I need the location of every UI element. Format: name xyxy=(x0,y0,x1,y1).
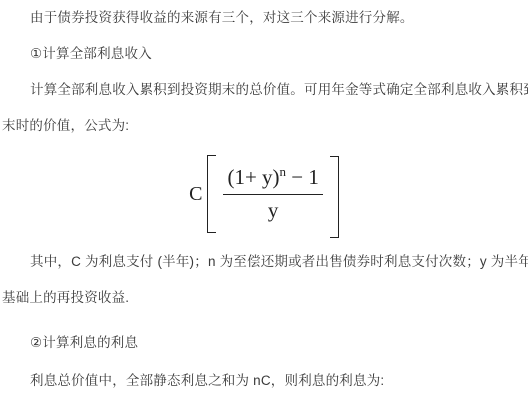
left-bracket xyxy=(207,155,216,233)
annuity-formula: C (1+ y)n − 1 y xyxy=(189,150,339,238)
fraction-numerator: (1+ y)n − 1 xyxy=(223,165,322,195)
paragraph-vars-line1: 其中，C 为利息支付 (半年)；n 为至偿还期或者出售债券时利息支付次数；y 为… xyxy=(2,244,526,280)
fraction-denominator: y xyxy=(268,195,279,223)
formula-fraction: (1+ y)n − 1 y xyxy=(223,165,322,223)
document-page: 由于债券投资获得收益的来源有三个，对这三个来源进行分解。 ①计算全部利息收入 计… xyxy=(0,0,528,394)
heading-step1: ①计算全部利息收入 xyxy=(2,36,526,72)
paragraph-step1-line1: 计算全部利息收入累积到投资期末的总价值。可用年金等式确定全部利息收入累积到期 xyxy=(2,72,526,108)
paragraph-intro: 由于债券投资获得收益的来源有三个，对这三个来源进行分解。 xyxy=(2,0,526,36)
paragraph-vars-line2: 基础上的再投资收益. xyxy=(2,280,526,316)
paragraph-step2: 利息总价值中，全部静态利息之和为 nC，则利息的利息为: xyxy=(2,363,526,394)
formula-block: C (1+ y)n − 1 y xyxy=(2,144,526,244)
right-bracket xyxy=(330,156,339,238)
numerator-rest: − 1 xyxy=(286,165,319,189)
paragraph-step1-line2: 末时的价值，公式为: xyxy=(2,108,526,144)
formula-coefficient: C xyxy=(189,183,202,206)
heading-step2: ②计算利息的利息 xyxy=(2,325,526,361)
numerator-base: (1+ y) xyxy=(227,165,279,189)
